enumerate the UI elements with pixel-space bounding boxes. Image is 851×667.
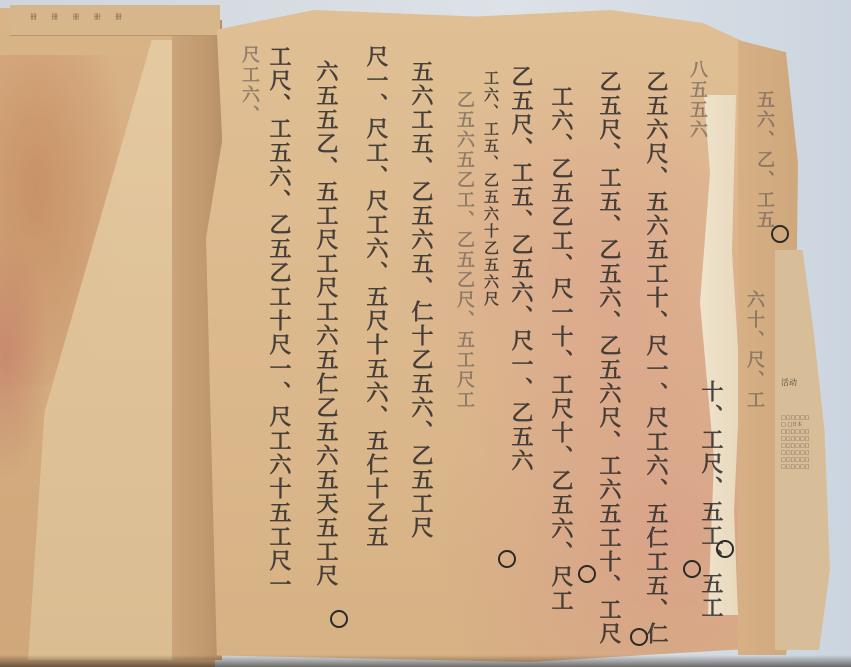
newspaper-line: □ □日本 xyxy=(781,422,821,429)
notation-column: 八五五六 xyxy=(688,60,706,140)
notation-column: 工六、工五、乙五六十乙五六尺 xyxy=(483,70,498,308)
newspaper-line: □□□□□□ xyxy=(781,429,821,436)
newspaper-line: □□□□□□ xyxy=(781,443,821,450)
notation-column: 乙五尺、工五、乙五六、尺一、乙五六 xyxy=(510,65,532,473)
top-strip-text: 卌 卌 卌 卌 卌 xyxy=(30,12,128,22)
notation-column: 五六、乙、工五 xyxy=(755,90,773,230)
newspaper-line: □□□□□□ xyxy=(781,450,821,457)
circle-mark xyxy=(630,628,648,646)
notation-column: 十、工尺、五工、五工 xyxy=(700,380,722,620)
notation-column: 乙五六五乙工、乙五乙尺、五工尺工 xyxy=(455,90,473,410)
notation-column: 尺一、尺工、尺工六、五尺十五六、五仁十乙五 xyxy=(365,45,387,549)
circle-mark xyxy=(330,610,348,628)
notation-column: 五六工五、乙五六五、仁十乙五六、乙五工尺 xyxy=(410,60,432,540)
newspaper-headline: 活动 xyxy=(781,377,797,388)
bottom-shadow xyxy=(0,655,851,667)
notation-column: 尺工六、 xyxy=(240,45,258,125)
circle-mark xyxy=(716,540,734,558)
circle-mark xyxy=(683,560,701,578)
circle-mark xyxy=(498,550,516,568)
newspaper-line: □□□□□□ xyxy=(781,415,821,422)
notation-column: 乙五六尺、五六五工十、尺一、尺工六、五仁工五、仁 xyxy=(645,70,667,646)
notation-column: 六十、尺、工 xyxy=(745,290,763,410)
newspaper-line: □□□□□□ xyxy=(781,436,821,443)
notation-column: 乙五尺、工五、乙五六、乙五六尺、工六五工十、工尺 xyxy=(598,70,620,646)
newspaper-line: □□□□□□ xyxy=(781,457,821,464)
newspaper-text: □□□□□□□ □日本□□□□□□□□□□□□□□□□□□□□□□□□□□□□□… xyxy=(781,415,821,471)
notation-column: 工六、乙五乙工、尺一十、工尺十、乙五六、尺工 xyxy=(550,85,572,613)
manuscript-photo: 卌 卌 卌 卌 卌 活动 □□□□□□□ □日本□□□□□□□□□□□□□□□□… xyxy=(0,0,851,667)
notation-column: 工尺、工五六、乙五乙工十尺一、尺工六十五工尺一 xyxy=(268,45,290,597)
circle-mark xyxy=(771,225,789,243)
circle-mark xyxy=(578,565,596,583)
newspaper-line: □□□□□□ xyxy=(781,464,821,471)
notation-column: 六五五乙、五工尺工尺工六五仁乙五六五天五工尺 xyxy=(315,60,337,588)
